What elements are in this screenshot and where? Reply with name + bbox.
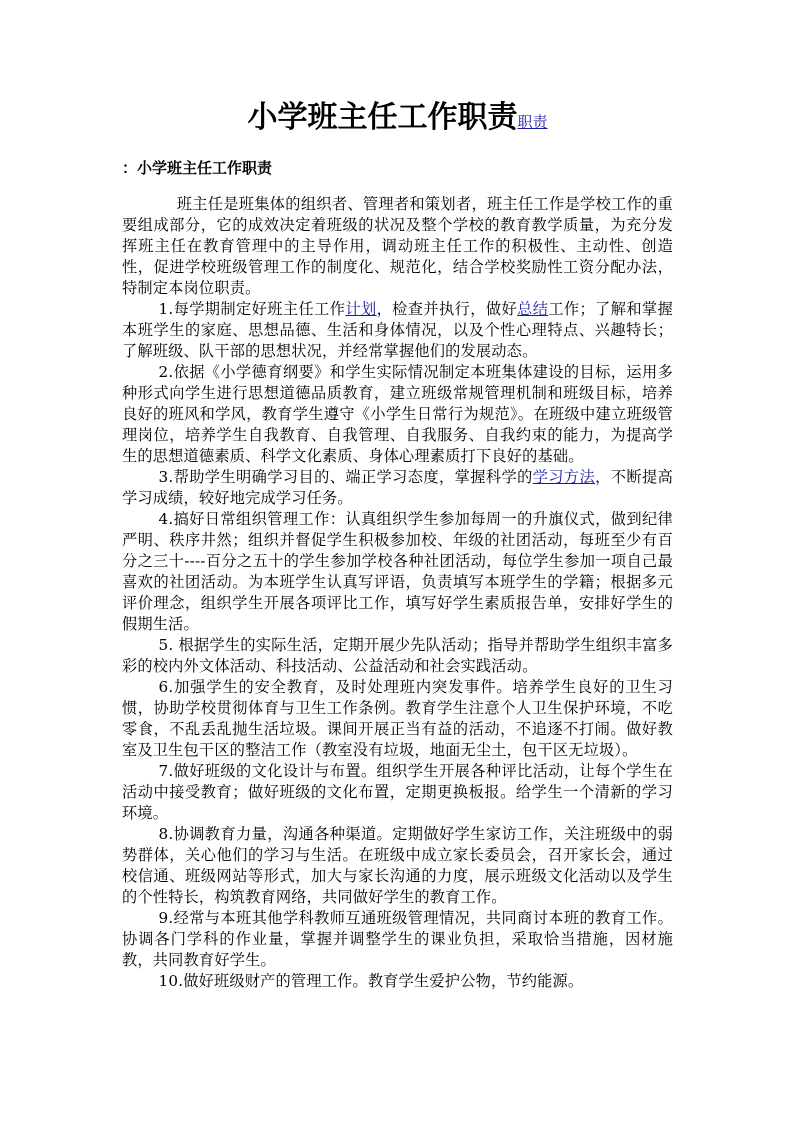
duty-item-1-text-b: ，检查并执行，做好 <box>377 300 518 318</box>
link-summary[interactable]: 总结 <box>517 300 548 318</box>
title-link-duties[interactable]: 职责 <box>517 113 547 131</box>
duty-item-6: 6.加强学生的安全教育，及时处理班内突发事件。培养学生良好的卫生习惯，协助学校贯… <box>122 677 673 761</box>
title-row: 小学班主任工作职责职责 <box>122 96 673 140</box>
document-page: 小学班主任工作职责职责 ：小学班主任工作职责 班主任是班集体的组织者、管理者和策… <box>122 96 673 140</box>
duty-item-4: 4.搞好日常组织管理工作：认真组织学生参加每周一的升旗仪式，做到纪律严明、秩序井… <box>122 509 673 635</box>
duty-item-1-text-a: 1.每学期制定好班主任工作 <box>158 300 345 318</box>
link-plan[interactable]: 计划 <box>345 300 376 318</box>
duty-item-10: 10.做好班级财产的管理工作。教育学生爱护公物，节约能源。 <box>122 971 673 992</box>
duty-item-9: 9.经常与本班其他学科教师互通班级管理情况，共同商讨本班的教育工作。协调各门学科… <box>122 908 673 971</box>
section-heading: ：小学班主任工作职责 <box>122 158 272 178</box>
duty-item-7: 7.做好班级的文化设计与布置。组织学生开展各种评比活动，让每个学生在活动中接受教… <box>122 761 673 824</box>
duty-item-3-text-a: 3.帮助学生明确学习目的、端正学习态度，掌握科学的 <box>158 468 532 486</box>
intro-paragraph: 班主任是班集体的组织者、管理者和策划者，班主任工作是学校工作的重要组成部分，它的… <box>122 194 673 299</box>
duty-item-5: 5. 根据学生的实际生活，定期开展少先队活动；指导并帮助学生组织丰富多彩的校内外… <box>122 635 673 677</box>
page-title: 小学班主任工作职责 <box>247 100 517 135</box>
duty-item-1: 1.每学期制定好班主任工作计划，检查并执行，做好总结工作；了解和掌握本班学生的家… <box>122 299 673 362</box>
document-body: 班主任是班集体的组织者、管理者和策划者，班主任工作是学校工作的重要组成部分，它的… <box>122 194 673 992</box>
duty-item-2: 2.依据《小学德育纲要》和学生实际情况制定本班集体建设的目标，运用多种形式向学生… <box>122 362 673 467</box>
duty-item-3: 3.帮助学生明确学习目的、端正学习态度，掌握科学的学习方法，不断提高学习成绩，较… <box>122 467 673 509</box>
duty-item-8: 8.协调教育力量，沟通各种渠道。定期做好学生家访工作，关注班级中的弱势群体，关心… <box>122 824 673 908</box>
link-study-methods[interactable]: 学习方法 <box>533 468 595 486</box>
